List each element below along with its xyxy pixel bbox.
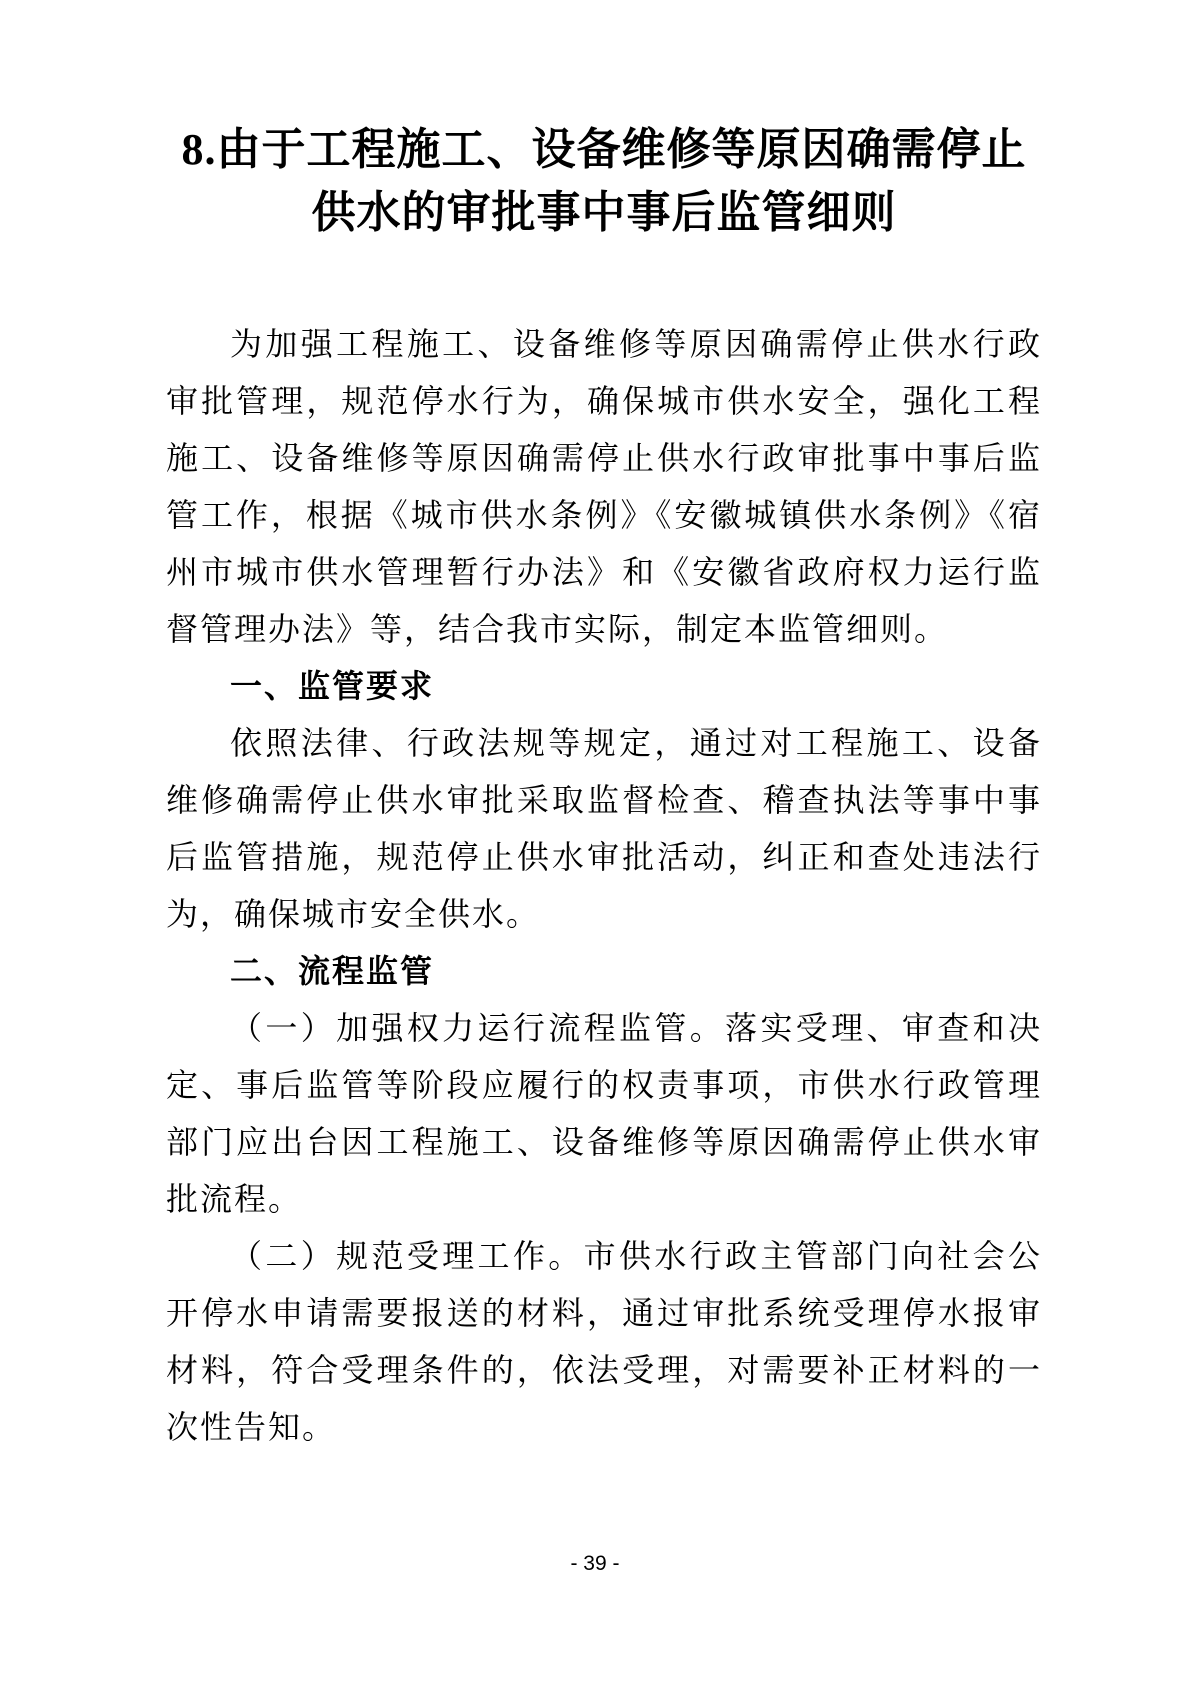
document-title-line-2: 供水的审批事中事后监管细则 xyxy=(166,181,1042,244)
paragraph-section-2-item-1: （一）加强权力运行流程监管。落实受理、审查和决定、事后监管等阶段应履行的权责事项… xyxy=(166,1000,1042,1228)
document-title: 8.由于工程施工、设备维修等原因确需停止 供水的审批事中事后监管细则 xyxy=(166,118,1042,244)
document-title-line-1: 8.由于工程施工、设备维修等原因确需停止 xyxy=(166,118,1042,181)
page-number: - 39 - xyxy=(0,1552,1190,1576)
document-page: 8.由于工程施工、设备维修等原因确需停止 供水的审批事中事后监管细则 为加强工程… xyxy=(0,0,1190,1683)
paragraph-section-2-item-2: （二）规范受理工作。市供水行政主管部门向社会公开停水申请需要报送的材料，通过审批… xyxy=(166,1228,1042,1456)
paragraph-intro: 为加强工程施工、设备维修等原因确需停止供水行政审批管理，规范停水行为，确保城市供… xyxy=(166,316,1042,658)
heading-section-1-supervision-requirements: 一、监管要求 xyxy=(166,658,1042,715)
heading-section-2-process-supervision: 二、流程监管 xyxy=(166,943,1042,1000)
paragraph-section-1: 依照法律、行政法规等规定，通过对工程施工、设备维修确需停止供水审批采取监督检查、… xyxy=(166,715,1042,943)
